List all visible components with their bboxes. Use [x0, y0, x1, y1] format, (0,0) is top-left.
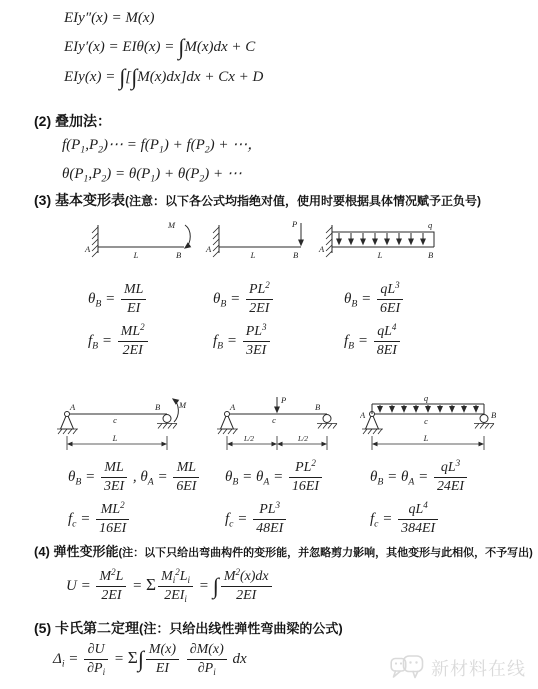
deflection-formula-3: EIy(x) = ∫[∫M(x)dx]dx + Cx + D — [64, 67, 263, 87]
theta-formula: θB = θA = qL324EI — [370, 460, 469, 495]
label-length: L — [250, 250, 256, 260]
superposition-formula-f: f(P1,P2)⋯ = f(P1) + f(P2) + ⋯， — [62, 135, 262, 155]
label-length: L — [133, 250, 139, 260]
theta-b-formula: θB = qL36EI — [344, 282, 405, 317]
distributed-load — [332, 232, 434, 247]
simply-supported-distributed-load-diagram: q A B c L — [360, 392, 502, 460]
fixed-support — [92, 225, 98, 257]
moment-arrow — [173, 399, 178, 422]
label-load-m: M — [178, 400, 187, 410]
superposition-formulas: f(P1,P2)⋯ = f(P1) + f(P2) + ⋯， θ(P1,P2) … — [62, 135, 262, 194]
theta-b-formula: θB = MLEI — [88, 282, 213, 317]
label-support-b: B — [155, 402, 160, 412]
moment-arrow — [185, 225, 190, 248]
simply-supported-diagram-row: A B c M L P A B — [55, 392, 502, 460]
label-end-b: B — [176, 250, 181, 260]
label-support-b: B — [315, 402, 320, 412]
cantilever-diagram-row: A L B M A L B P — [84, 217, 442, 269]
formula-col-force: θB = PL22EI fB = PL33EI — [213, 282, 344, 366]
roller-support — [317, 415, 337, 429]
section-5-label: (5) 卡氏第二定理 — [34, 620, 139, 636]
label-midpoint-c: c — [424, 416, 428, 426]
label-load-q: q — [424, 393, 429, 403]
formula-col-moment: θB = ML3EI , θA = ML6EI fc = ML216EI — [68, 460, 225, 544]
f-c-formula: fc = qL4384EI — [370, 502, 469, 537]
theta-formula: θB = ML3EI , θA = ML6EI — [68, 460, 225, 495]
label-load-m: M — [167, 220, 176, 230]
cantilever-force-diagram: A L B P — [205, 217, 309, 269]
distributed-load — [372, 404, 484, 414]
f-c-formula: fc = ML216EI — [68, 502, 225, 537]
f-c-formula: fc = PL348EI — [225, 502, 370, 537]
simply-supported-force-diagram: P A B c L/2 L/2 — [215, 392, 345, 460]
label-midpoint-c: c — [272, 415, 276, 425]
label-load-p: P — [280, 395, 286, 405]
strain-energy-formula: U = M2L2EI = ΣMi2Li2EIi = ∫M2(x)dx2EI — [66, 569, 274, 604]
watermark: 新材料在线 — [390, 654, 526, 681]
formula-col-distributed: θB = qL36EI fB = qL48EI — [344, 282, 405, 366]
simply-supported-formula-row: θB = ML3EI , θA = ML6EI fc = ML216EI θB … — [68, 460, 469, 544]
label-support-a: A — [205, 244, 212, 254]
section-4-note: (注：以下只给出弯曲构件的变形能，并忽略剪力影响，其他变形与此相似，不予写出) — [119, 547, 533, 559]
cantilever-distributed-load-diagram: A L B q — [318, 217, 442, 269]
label-support-a: A — [229, 402, 236, 412]
label-end-b: B — [428, 250, 433, 260]
cantilever-formula-row: θB = MLEI fB = ML22EI θB = PL22EI fB = P… — [88, 282, 405, 366]
fixed-support — [213, 225, 219, 257]
label-span-length: L — [112, 433, 118, 443]
superposition-formula-theta: θ(P1,P2) = θ(P1) + θ(P2) + ⋯ — [62, 164, 262, 184]
watermark-text: 新材料在线 — [431, 655, 526, 681]
label-support-a: A — [69, 402, 76, 412]
formula-col-distributed: θB = θA = qL324EI fc = qL4384EI — [370, 460, 469, 544]
label-support-a: A — [84, 244, 91, 254]
watermark-logo-icon — [390, 654, 424, 681]
deflection-formula-2: EIy′(x) = EIθ(x) = ∫M(x)dx + C — [64, 37, 263, 57]
label-support-a: A — [360, 410, 366, 420]
pin-support — [57, 412, 78, 435]
cantilever-moment-diagram: A L B M — [84, 217, 196, 269]
section-5-title: (5) 卡氏第二定理(注：只给出线性弹性弯曲梁的公式) — [34, 618, 343, 638]
section-3-note: (注意：以下各公式均指绝对值，使用时要根据具体情况赋予正负号) — [125, 194, 481, 208]
pin-support — [217, 412, 238, 435]
label-support-b: B — [491, 410, 496, 420]
label-span-length: L — [423, 433, 429, 443]
f-b-formula: fB = PL33EI — [213, 324, 344, 359]
section-3-title: (3) 基本变形表(注意：以下各公式均指绝对值，使用时要根据具体情况赋予正负号) — [34, 190, 481, 210]
label-load-p: P — [291, 219, 297, 229]
fixed-support — [326, 225, 332, 257]
label-half-span-right: L/2 — [297, 434, 308, 443]
section-2-title: (2) 叠加法： — [34, 111, 111, 131]
label-half-span-left: L/2 — [243, 434, 254, 443]
formula-col-moment: θB = MLEI fB = ML22EI — [88, 282, 213, 366]
label-support-a: A — [318, 244, 325, 254]
section-4-title: (4) 弹性变形能(注：以下只给出弯曲构件的变形能，并忽略剪力影响，其他变形与此… — [34, 541, 533, 560]
f-b-formula: fB = qL48EI — [344, 324, 405, 359]
label-end-b: B — [293, 250, 298, 260]
dimension-line — [227, 436, 327, 450]
deflection-formula-1: EIy″(x) = M(x) — [64, 8, 263, 28]
castigliano-formula: Δi = ∂U∂Pi = Σ∫M(x)EI ∂M(x)∂Pi dx — [53, 642, 247, 677]
deflection-formula-block: EIy″(x) = M(x) EIy′(x) = EIθ(x) = ∫M(x)d… — [64, 8, 263, 96]
simply-supported-moment-diagram: A B c M L — [55, 392, 187, 460]
formula-col-force: θB = θA = PL216EI fc = PL348EI — [225, 460, 370, 544]
theta-b-formula: θB = PL22EI — [213, 282, 344, 317]
label-midpoint-c: c — [113, 415, 117, 425]
f-b-formula: fB = ML22EI — [88, 324, 213, 359]
document-page: EIy″(x) = M(x) EIy′(x) = EIθ(x) = ∫M(x)d… — [0, 0, 538, 689]
theta-formula: θB = θA = PL216EI — [225, 460, 370, 495]
label-load-q: q — [428, 220, 433, 230]
label-length: L — [377, 250, 383, 260]
section-5-note: (注：只给出线性弹性弯曲梁的公式) — [139, 621, 343, 636]
section-3-label: (3) 基本变形表 — [34, 192, 125, 208]
section-4-label: (4) 弹性变形能 — [34, 544, 119, 559]
